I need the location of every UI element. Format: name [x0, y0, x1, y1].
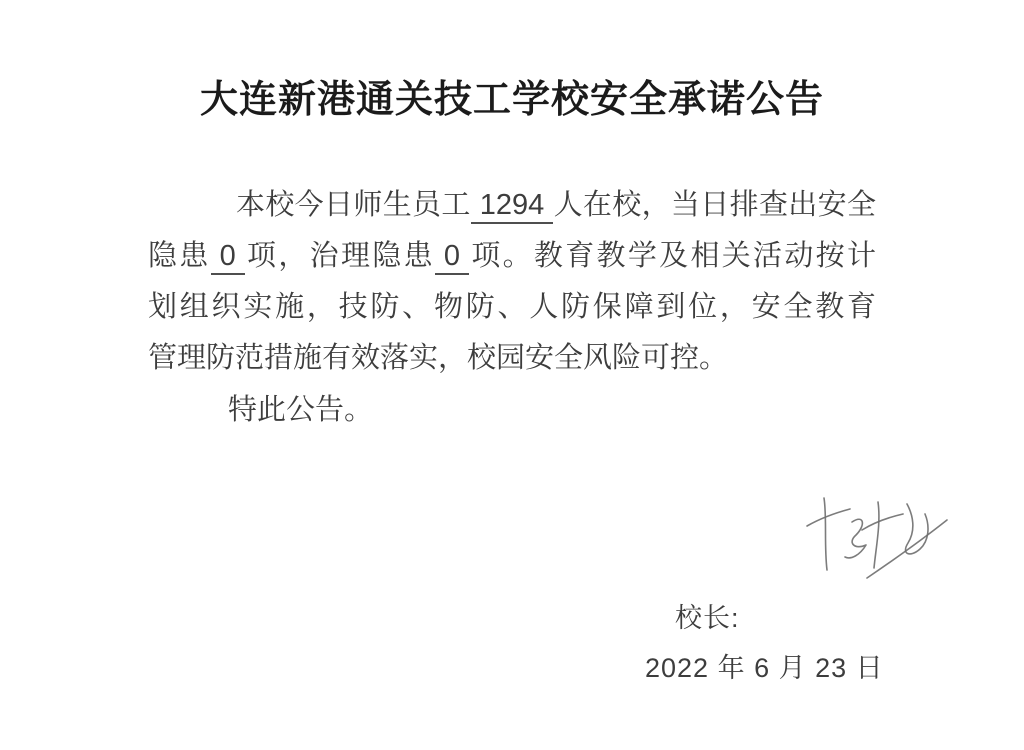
closing-statement: 特此公告。: [148, 385, 876, 436]
body-line-4: 管理防范措施有效落实，校园安全风险可控。: [148, 333, 876, 384]
body-text-segment: 本校今日师生员工: [236, 189, 471, 221]
body-line-1: 本校今日师生员工1294人在校，当日排查出安全: [148, 180, 876, 231]
staff-count-underlined-value: 1294: [471, 188, 554, 224]
document-title: 大连新港通关技工学校安全承诺公告: [0, 68, 1024, 123]
body-text-segment: 项。教育教学及相关活动按计: [469, 240, 876, 272]
body-paragraph: 本校今日师生员工1294人在校，当日排查出安全 隐患0项，治理隐患0项。教育教学…: [148, 180, 876, 436]
handwritten-signature-icon: [795, 485, 960, 585]
body-line-3: 划组织实施，技防、物防、人防保障到位，安全教育: [148, 282, 876, 333]
hazards-treated-underlined-value: 0: [435, 239, 469, 275]
body-text-segment: 项，治理隐患: [245, 240, 435, 272]
date-line: 2022 年 6 月 23 日: [645, 646, 884, 685]
principal-label: 校长:: [675, 596, 740, 635]
hazards-found-underlined-value: 0: [211, 239, 245, 275]
body-line-2: 隐患0项，治理隐患0项。教育教学及相关活动按计: [148, 231, 876, 282]
body-text-segment: 隐患: [148, 240, 211, 272]
body-text-segment: 人在校，当日排查出安全: [553, 189, 876, 221]
announcement-document: 大连新港通关技工学校安全承诺公告 本校今日师生员工1294人在校，当日排查出安全…: [0, 0, 1024, 750]
